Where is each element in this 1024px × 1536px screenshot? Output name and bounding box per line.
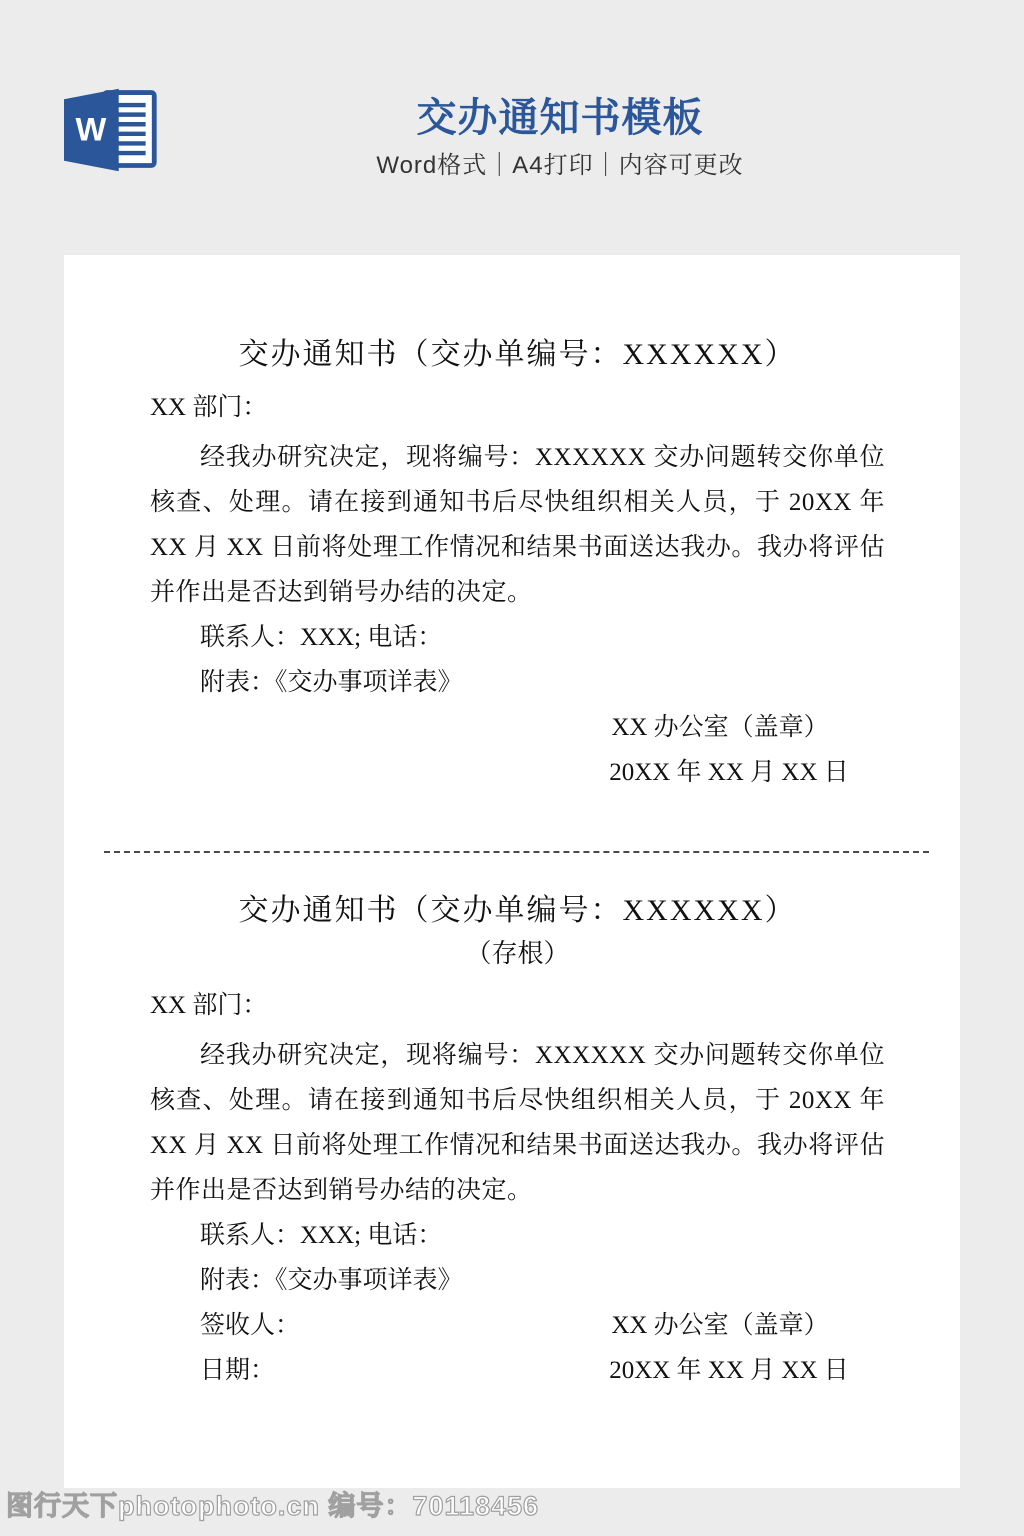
template-preview-canvas: W 交办通知书模板 Word格式｜A4打印｜内容可更改 交办通知书（交办单编号：… — [0, 0, 1024, 1536]
contact-line: 联系人：XXX; 电话： — [150, 615, 885, 660]
stub-label: （存根） — [150, 933, 885, 975]
stub-stamp-block: XX 办公室（盖章） — [570, 1303, 870, 1348]
attachment-line: 附表：《交办事项详表》 — [150, 660, 885, 705]
page-title: 交办通知书模板 — [160, 94, 960, 142]
stub-title: 交办通知书（交办单编号：XXXXXX） — [150, 889, 885, 933]
stub-office-line: XX 办公室（盖章） — [570, 1303, 870, 1348]
site-watermark: 图行天下photophoto.cn 编号：70118456 — [6, 1489, 539, 1523]
notice-title: 交办通知书（交办单编号：XXXXXX） — [150, 333, 885, 377]
notice-section: 交办通知书（交办单编号：XXXXXX） XX 部门： 经我办研究决定，现将编号：… — [150, 333, 885, 795]
stub-body: 经我办研究决定，现将编号：XXXXXX 交办问题转交你单位核查、处理。请在接到通… — [150, 1033, 885, 1213]
sign-label: 签收人： — [150, 1303, 300, 1348]
page-subtitle: Word格式｜A4打印｜内容可更改 — [160, 152, 960, 180]
stub-attachment-line: 附表：《交办事项详表》 — [150, 1258, 885, 1303]
dashed-cut-line — [104, 851, 929, 853]
header: 交办通知书模板 Word格式｜A4打印｜内容可更改 — [160, 94, 960, 180]
notice-salutation: XX 部门： — [150, 387, 885, 429]
stub-section: 交办通知书（交办单编号：XXXXXX） （存根） XX 部门： 经我办研究决定，… — [150, 889, 885, 1393]
stub-date-line: 20XX 年 XX 月 XX 日 — [570, 1348, 870, 1393]
date-label: 日期： — [150, 1348, 275, 1393]
word-logo-icon: W — [64, 84, 160, 176]
stub-date-block: 20XX 年 XX 月 XX 日 — [570, 1348, 870, 1393]
date-row: 日期： 20XX 年 XX 月 XX 日 — [150, 1348, 885, 1393]
notice-body: 经我办研究决定，现将编号：XXXXXX 交办问题转交你单位核查、处理。请在接到通… — [150, 435, 885, 615]
date-line: 20XX 年 XX 月 XX 日 — [570, 750, 870, 795]
stamp-block: XX 办公室（盖章） 20XX 年 XX 月 XX 日 — [570, 705, 870, 795]
stub-salutation: XX 部门： — [150, 985, 885, 1027]
document-page: 交办通知书（交办单编号：XXXXXX） XX 部门： 经我办研究决定，现将编号：… — [64, 255, 960, 1488]
svg-text:W: W — [75, 111, 106, 148]
sign-row: 签收人： XX 办公室（盖章） — [150, 1303, 885, 1348]
office-line: XX 办公室（盖章） — [570, 705, 870, 750]
stub-contact-line: 联系人：XXX; 电话： — [150, 1213, 885, 1258]
